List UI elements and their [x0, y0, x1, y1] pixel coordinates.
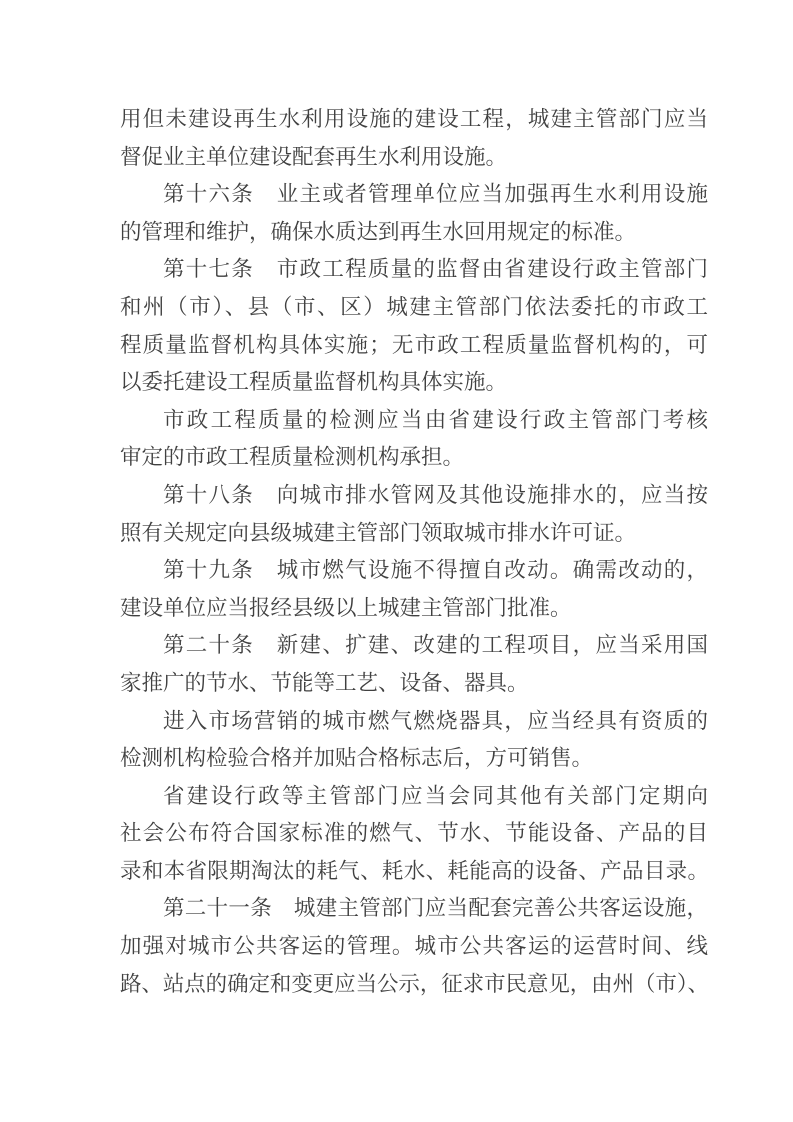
text-line: 审定的市政工程质量检测机构承担。 [120, 439, 708, 477]
text-line: 用但未建设再生水利用设施的建设工程，城建主管部门应当 [120, 101, 708, 139]
text-line: 进入市场营销的城市燃气燃烧器具，应当经具有资质的 [120, 703, 708, 741]
text-line: 省建设行政等主管部门应当会同其他有关部门定期向 [120, 778, 708, 816]
text-line: 检测机构检验合格并加贴合格标志后，方可销售。 [120, 740, 708, 778]
text-line: 程质量监督机构具体实施；无市政工程质量监督机构的，可 [120, 327, 708, 365]
text-line: 建设单位应当报经县级以上城建主管部门批准。 [120, 590, 708, 628]
text-line: 录和本省限期淘汰的耗气、耗水、耗能高的设备、产品目录。 [120, 853, 708, 891]
text-line: 以委托建设工程质量监督机构具体实施。 [120, 364, 708, 402]
text-line: 加强对城市公共客运的管理。城市公共客运的运营时间、线 [120, 928, 708, 966]
text-line: 第二十条 新建、扩建、改建的工程项目，应当采用国 [120, 627, 708, 665]
text-line: 督促业主单位建设配套再生水利用设施。 [120, 139, 708, 177]
text-line: 第十八条 向城市排水管网及其他设施排水的，应当按 [120, 477, 708, 515]
text-line: 第十九条 城市燃气设施不得擅自改动。确需改动的， [120, 552, 708, 590]
text-line: 社会公布符合国家标准的燃气、节水、节能设备、产品的目 [120, 815, 708, 853]
text-line: 照有关规定向县级城建主管部门领取城市排水许可证。 [120, 515, 708, 553]
text-line: 的管理和维护，确保水质达到再生水回用规定的标准。 [120, 214, 708, 252]
document-page: 用但未建设再生水利用设施的建设工程，城建主管部门应当 督促业主单位建设配套再生水… [0, 0, 793, 1122]
text-line: 和州（市）、县（市、区）城建主管部门依法委托的市政工 [120, 289, 708, 327]
text-line: 家推广的节水、节能等工艺、设备、器具。 [120, 665, 708, 703]
text-line: 第十七条 市政工程质量的监督由省建设行政主管部门 [120, 251, 708, 289]
text-line: 路、站点的确定和变更应当公示，征求市民意见，由州（市）、 [120, 966, 708, 1004]
text-line: 第二十一条 城建主管部门应当配套完善公共客运设施， [120, 890, 708, 928]
text-line: 第十六条 业主或者管理单位应当加强再生水利用设施 [120, 176, 708, 214]
text-block: 用但未建设再生水利用设施的建设工程，城建主管部门应当 督促业主单位建设配套再生水… [120, 101, 708, 1003]
text-line: 市政工程质量的检测应当由省建设行政主管部门考核 [120, 402, 708, 440]
